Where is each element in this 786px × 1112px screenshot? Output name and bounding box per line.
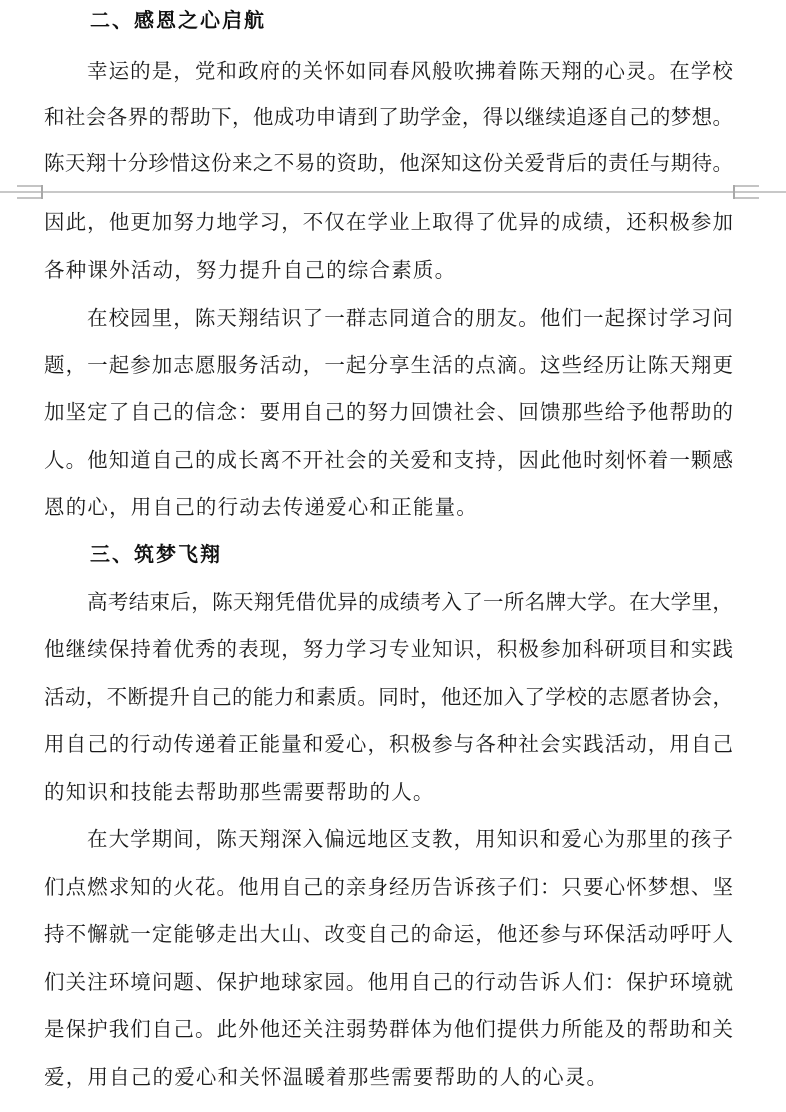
paragraph-line: 在大学期间，陈天翔深入偏远地区支教，用知识和爱心为那里的孩子 [87,824,733,854]
page-corner-mark-right [733,185,759,199]
paragraph-line: 他继续保持着优秀的表现，努力学习专业知识，积极参加科研项目和实践 [44,634,733,664]
paragraph-line: 加坚定了自己的信念：要用自己的努力回馈社会、回馈那些给予他帮助的 [44,397,733,427]
paragraph-line: 持不懈就一定能够走出大山、改变自己的命运，他还参与环保活动呼吁人 [44,919,733,949]
paragraph-line: 幸运的是，党和政府的关怀如同春风般吹拂着陈天翔的心灵。在学校 [87,56,733,86]
paragraph-line: 人。他知道自己的成长离不开社会的关爱和支持，因此他时刻怀着一颗感 [44,445,733,475]
paragraph-line: 爱，用自己的爱心和关怀温暖着那些需要帮助的人的心灵。 [44,1062,733,1092]
paragraph-line: 活动，不断提升自己的能力和素质。同时，他还加入了学校的志愿者协会， [44,682,733,712]
paragraph-line: 和社会各界的帮助下，他成功申请到了助学金，得以继续追逐自己的梦想。 [44,102,733,132]
paragraph-line: 们关注环境问题、保护地球家园。他用自己的行动告诉人们：保护环境就 [44,967,733,997]
page-corner-mark-left [17,185,43,199]
paragraph-line: 题，一起参加志愿服务活动，一起分享生活的点滴。这些经历让陈天翔更 [44,350,733,380]
paragraph-line: 用自己的行动传递着正能量和爱心，积极参与各种社会实践活动，用自己 [44,729,733,759]
document-page: 二、感恩之心启航 幸运的是，党和政府的关怀如同春风般吹拂着陈天翔的心灵。在学校 … [0,0,786,1112]
paragraph-line: 恩的心，用自己的行动去传递爱心和正能量。 [44,492,733,522]
paragraph-line: 因此，他更加努力地学习，不仅在学业上取得了优异的成绩，还积极参加 [44,207,733,237]
paragraph-line: 各种课外活动，努力提升自己的综合素质。 [44,255,733,285]
paragraph-line: 高考结束后，陈天翔凭借优异的成绩考入了一所名牌大学。在大学里， [87,587,733,617]
page-break-line [0,191,786,193]
paragraph-line: 是保护我们自己。此外他还关注弱势群体为他们提供力所能及的帮助和关 [44,1014,733,1044]
section-heading: 二、感恩之心启航 [90,5,266,35]
paragraph-line: 在校园里，陈天翔结识了一群志同道合的朋友。他们一起探讨学习问 [87,303,733,333]
paragraph-line: 的知识和技能去帮助那些需要帮助的人。 [44,777,733,807]
paragraph-line: 们点燃求知的火花。他用自己的亲身经历告诉孩子们：只要心怀梦想、坚 [44,872,733,902]
section-heading: 三、筑梦飞翔 [90,539,222,569]
paragraph-line: 陈天翔十分珍惜这份来之不易的资助，他深知这份关爱背后的责任与期待。 [44,148,733,178]
